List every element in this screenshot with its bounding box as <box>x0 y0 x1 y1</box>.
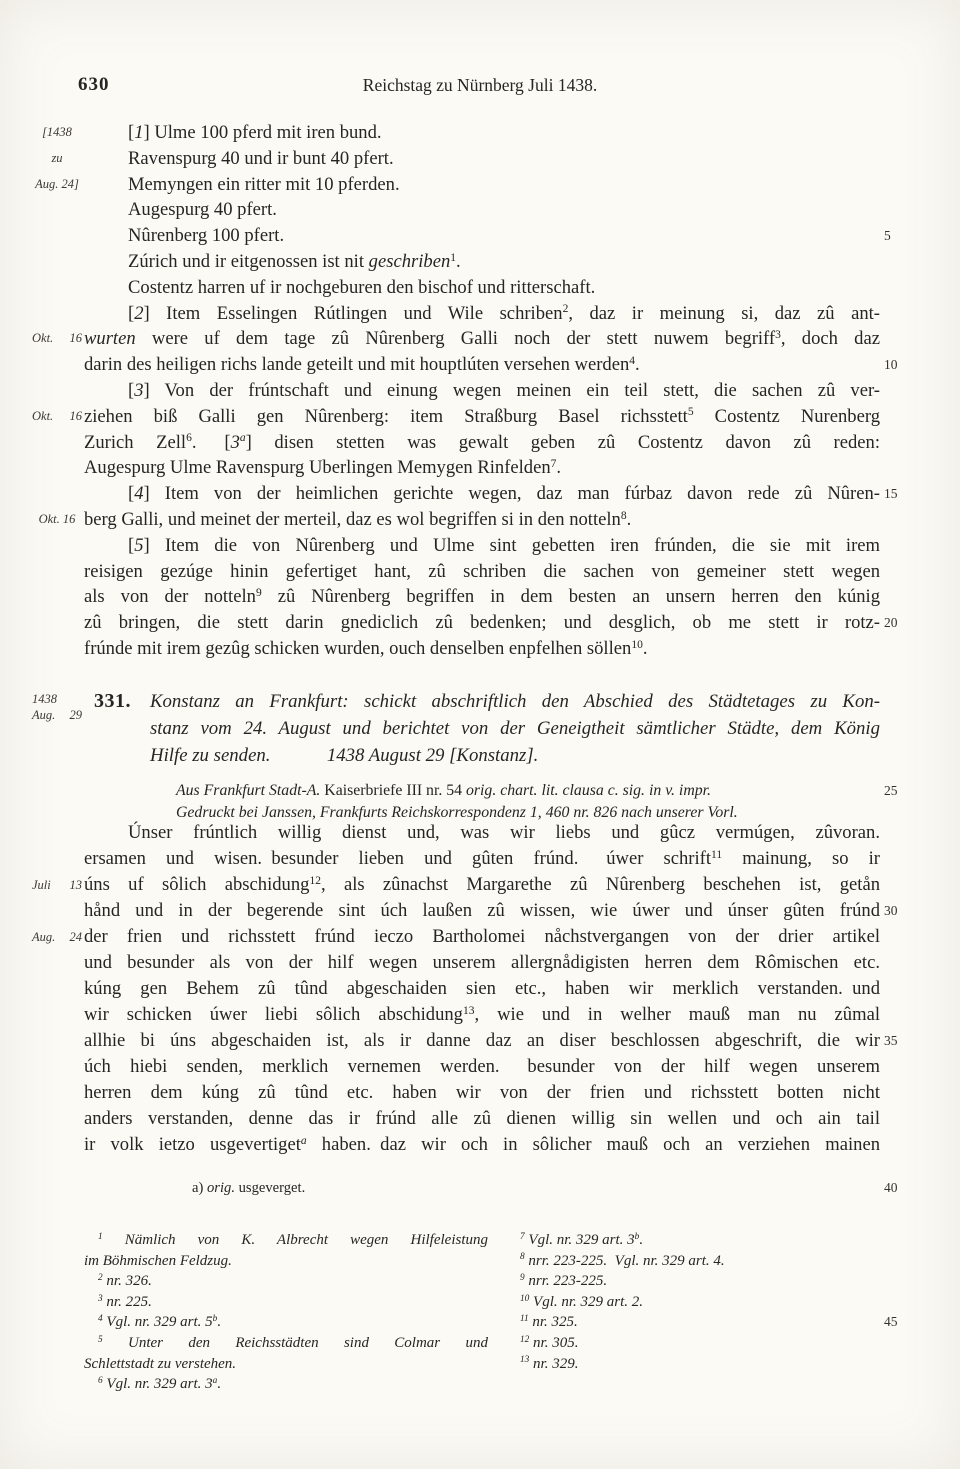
text-segment: Gedruckt bei Janssen, Frankfurts Reichsk… <box>176 804 738 821</box>
text-segment: . <box>456 251 461 272</box>
text-segment: , als zûnachst Margarethe zû Nûrenberg b… <box>321 874 880 895</box>
text-segment: Augespurg Ulme Ravenspurg Uberlingen Mem… <box>84 457 551 478</box>
entry-330-city-list-and-articles: [1438zuAug. 24][1] Ulme 100 pferd mit ir… <box>84 120 880 662</box>
text-segment: orig. <box>207 1180 235 1196</box>
footnote-ref: 5 <box>98 1335 103 1345</box>
footnote-ref: a <box>240 432 246 444</box>
line-number: 25 <box>884 780 916 802</box>
text-line: Ravenspurg 40 und ir bunt 40 pfert. <box>84 146 880 172</box>
text-segment: . <box>635 354 640 375</box>
footnote-ref: 5 <box>688 406 694 418</box>
margin-date-note: [1438zuAug. 24] <box>32 120 82 197</box>
footnote-ref: 4 <box>629 355 635 367</box>
text-segment: darin des heiligen richs lande geteilt u… <box>84 354 629 375</box>
text-segment: nr. 326. <box>103 1273 152 1289</box>
footnote-ref: 12 <box>309 875 321 887</box>
text-line: Okt. 16wurten were uf dem tage zû Nûrenb… <box>84 326 880 352</box>
text-line: herren dem kúng zû tûnd etc. haben wir v… <box>84 1080 880 1106</box>
text-segment: ] Item die von Nûrenberg und Ulme sint g… <box>144 535 881 556</box>
text-segment: anders verstanden, denne das ir frúnd al… <box>84 1108 880 1129</box>
letter-body: Únser frúntlich willig dienst und, was w… <box>84 820 880 1158</box>
text-segment: ersamen und wisen. besunder lieben und g… <box>84 848 711 869</box>
footnote-ref: 6 <box>186 432 192 444</box>
text-segment: Nûrenberg 100 pfert. <box>128 225 284 246</box>
footnote-ref: 2 <box>98 1273 103 1283</box>
text-line: kúng gen Behem zû tûnd abgeschaiden sien… <box>84 976 880 1002</box>
text-line: 8 nrr. 223-225. Vgl. nr. 329 art. 4. <box>506 1251 880 1272</box>
text-line: darin des heiligen richs lande geteilt u… <box>84 352 880 378</box>
footnote-ref: 9 <box>520 1273 525 1283</box>
text-line: wir schicken úwer liebi sôlich abschidun… <box>84 1002 880 1028</box>
text-segment: ] Von der frúntschaft und einung wegen m… <box>144 380 881 401</box>
footnote-ref: 3 <box>98 1294 103 1304</box>
line-number: 20 <box>884 610 916 636</box>
text-segment: haben. daz wir och in sôlicher mauß och … <box>307 1134 880 1155</box>
text-segment: , doch daz <box>781 328 880 349</box>
text-segment: . <box>556 457 561 478</box>
text-segment: Zurich Zell <box>84 432 186 453</box>
footnote-ref: 11 <box>711 849 722 861</box>
text-segment: berg Galli, und meinet der merteil, daz … <box>84 509 621 530</box>
text-segment: allhie bi úns abgeschaiden ist, als ir d… <box>84 1030 880 1051</box>
text-line: anders verstanden, denne das ir frúnd al… <box>84 1106 880 1132</box>
text-segment: Vgl. nr. 329 art. 5 <box>103 1314 213 1330</box>
scanned-book-page: 630 Reichstag zu Nürnberg Juli 1438. [14… <box>0 0 960 1469</box>
footnote-ref: 8 <box>520 1252 525 1262</box>
text-segment: . <box>639 1232 643 1248</box>
text-segment: Zúrich und ir eitgenossen ist nit <box>128 251 369 272</box>
text-segment: Vgl. nr. 329 art. 3 <box>525 1232 635 1248</box>
footnote-ref: 9 <box>256 587 262 599</box>
text-line: Memyngen ein ritter mit 10 pferden. <box>84 172 880 198</box>
text-line: Augespurg Ulme Ravenspurg Uberlingen Mem… <box>84 455 880 481</box>
text-segment: Aus Frankfurt Stadt-A. <box>176 782 320 799</box>
text-segment: . <box>217 1376 221 1392</box>
footnote-ref: 6 <box>98 1376 103 1386</box>
footnote-ref: 13 <box>520 1355 529 1365</box>
variant-apparatus-note: a) orig. usgeverget.40 <box>84 1178 880 1198</box>
line-number: 5 <box>884 223 916 249</box>
text-segment: , daz ir meinung si, daz zû ant- <box>568 303 880 324</box>
text-segment: úch hiebi senden, merklich vernemen werd… <box>84 1056 880 1077</box>
text-segment: 1438 August 29 [Konstanz]. <box>327 745 539 766</box>
text-line: 3 nr. 225. <box>84 1292 488 1313</box>
text-segment: kúng gen Behem zû tûnd abgeschaiden sien… <box>84 978 880 999</box>
footnote-ref: 10 <box>520 1294 529 1304</box>
text-line: 11 nr. 325.45 <box>506 1312 880 1333</box>
text-segment: und besunder als von der hilf wegen unse… <box>84 952 880 973</box>
margin-date-note: 1438Aug. 29 <box>32 691 82 723</box>
text-line: Hilfe zu senden. 1438 August 29 [Konstan… <box>84 742 880 769</box>
text-line: Augespurg 40 pfert. <box>84 197 880 223</box>
text-line: Zúrich und ir eitgenossen ist nit geschr… <box>84 249 880 275</box>
text-line: Nûrenberg 100 pfert.5 <box>84 223 880 249</box>
text-segment: Schlettstadt zu verstehen. <box>84 1356 236 1372</box>
text-segment: als von der notteln <box>84 586 256 607</box>
text-line: Aug. 24der frien und richsstett frúnd ie… <box>84 924 880 950</box>
text-line: und besunder als von der hilf wegen unse… <box>84 950 880 976</box>
text-line: reisigen gezúge hinin gefertiget hant, z… <box>84 559 880 585</box>
text-segment: Nämlich von K. Albrecht wegen Hilfeleist… <box>103 1232 488 1248</box>
footnote-ref: 2 <box>563 303 569 315</box>
text-segment: , wie und in welher mauß man nu zûmal <box>475 1004 881 1025</box>
text-segment: geschriben <box>369 251 451 272</box>
text-segment: úns uf sôlich abschidung <box>84 874 309 895</box>
text-segment: . <box>627 509 632 530</box>
entry-number: 331. <box>94 688 131 715</box>
text-line: als von der notteln9 zû Nûrenberg begrif… <box>84 584 880 610</box>
text-line: [4] Item von der heimlichen gerichte weg… <box>84 481 880 507</box>
text-segment: Costentz Nurenberg <box>694 406 880 427</box>
text-segment: orig. chart. lit. clausa c. sig. in v. i… <box>466 782 711 799</box>
line-number: 40 <box>884 1178 916 1198</box>
text-line: im Böhmischen Feldzug. <box>84 1251 488 1272</box>
text-line: Aus Frankfurt Stadt-A. Kaiserbriefe III … <box>84 780 880 802</box>
text-segment: reisigen gezúge hinin gefertiget hant, z… <box>84 561 880 582</box>
text-line: zû bringen, die stett darin gnediclich z… <box>84 610 880 636</box>
text-line: allhie bi úns abgeschaiden ist, als ir d… <box>84 1028 880 1054</box>
footnote-ref: 1 <box>450 252 456 264</box>
footnote-ref: b <box>213 1314 218 1324</box>
footnote-ref: a <box>301 1135 307 1147</box>
text-segment: hånd und in der begerende sint úch lauße… <box>84 900 880 921</box>
text-segment: nrr. 223-225. Vgl. nr. 329 art. 4. <box>525 1253 725 1269</box>
footnotes: 1 Nämlich von K. Albrecht wegen Hilfelei… <box>84 1230 880 1395</box>
text-segment: Konstanz an Frankfurt: schickt abschrift… <box>150 691 880 712</box>
footnotes-right-column: 7 Vgl. nr. 329 art. 3b.8 nrr. 223-225. V… <box>506 1230 880 1395</box>
text-segment: Augespurg 40 pfert. <box>128 199 277 220</box>
text-line: 10 Vgl. nr. 329 art. 2. <box>506 1292 880 1313</box>
text-segment: Unter den Reichsstädten sind Colmar und <box>103 1335 488 1351</box>
text-segment: usgeverget. <box>235 1180 305 1196</box>
text-segment: der frien und richsstett frúnd ieczo Bar… <box>84 926 880 947</box>
text-line: [3] Von der frúntschaft und einung wegen… <box>84 378 880 404</box>
text-line: [5] Item die von Nûrenberg und Ulme sint… <box>84 533 880 559</box>
text-segment: stanz vom 24. August und berichtet von d… <box>150 718 880 739</box>
text-line: [2] Item Esselingen Rútlingen und Wile s… <box>84 301 880 327</box>
text-segment: ziehen biß Galli gen Nûrenberg: item Str… <box>84 406 688 427</box>
text-segment: nr. 329. <box>529 1356 578 1372</box>
footnote-ref: 10 <box>631 639 643 651</box>
text-segment: mainung, so ir <box>722 848 880 869</box>
text-segment: . <box>643 638 648 659</box>
margin-date-note: Aug. 24 <box>32 924 82 950</box>
text-line: 1 Nämlich von K. Albrecht wegen Hilfelei… <box>84 1230 488 1251</box>
line-number: 45 <box>884 1312 916 1333</box>
footnote-ref: 11 <box>520 1314 529 1324</box>
line-number: 30 <box>884 898 916 924</box>
text-segment: Hilfe zu senden. <box>150 745 327 766</box>
text-segment: Ravenspurg 40 und ir bunt 40 pfert. <box>128 148 394 169</box>
text-segment: Únser frúntlich willig dienst und, was w… <box>128 822 880 843</box>
footnote-ref: a <box>213 1376 218 1386</box>
footnote-ref: b <box>635 1232 640 1242</box>
text-segment: nr. 305. <box>529 1335 578 1351</box>
text-line: úch hiebi senden, merklich vernemen werd… <box>84 1054 880 1080</box>
margin-date-note: Okt. 16 <box>32 507 82 533</box>
running-title: Reichstag zu Nürnberg Juli 1438. <box>0 75 960 96</box>
line-number: 15 <box>884 481 916 507</box>
text-segment: 2 <box>134 303 143 324</box>
text-line: ersamen und wisen. besunder lieben und g… <box>84 846 880 872</box>
footnote-ref: 1 <box>98 1232 103 1242</box>
text-line: Juli 13úns uf sôlich abschidung12, als z… <box>84 872 880 898</box>
text-line: Okt. 16berg Galli, und meinet der mertei… <box>84 507 880 533</box>
text-line: 2 nr. 326. <box>84 1271 488 1292</box>
text-segment: ] Ulme 100 pferd mit iren bund. <box>144 122 382 143</box>
footnote-ref: 12 <box>520 1335 529 1345</box>
text-segment: 1 <box>134 122 143 143</box>
text-segment: Memyngen ein ritter mit 10 pferden. <box>128 174 400 195</box>
footnote-ref: 13 <box>463 1005 475 1017</box>
text-segment: ] Item Esselingen Rútlingen und Wile sch… <box>144 303 563 324</box>
text-segment: im Böhmischen Feldzug. <box>84 1253 232 1269</box>
text-line: [1438zuAug. 24][1] Ulme 100 pferd mit ir… <box>84 120 880 146</box>
text-segment: zû Nûrenberg begriffen in dem besten an … <box>262 586 880 607</box>
text-line: Okt. 16ziehen biß Galli gen Nûrenberg: i… <box>84 404 880 430</box>
text-segment: 3 <box>134 380 143 401</box>
text-segment: ir volk ietzo usgevertiget <box>84 1134 301 1155</box>
text-line: Costentz harren uf ir nochgeburen den bi… <box>84 275 880 301</box>
footnote-ref: 4 <box>98 1314 103 1324</box>
text-line: Schlettstadt zu verstehen. <box>84 1354 488 1375</box>
footnote-ref: 7 <box>520 1232 525 1242</box>
text-segment: . <box>217 1314 221 1330</box>
text-segment: wir schicken úwer liebi sôlich abschidun… <box>84 1004 463 1025</box>
text-segment: Kaiserbriefe III nr. 54 <box>320 782 466 799</box>
margin-date-note: Juli 13 <box>32 872 82 898</box>
text-segment: herren dem kúng zû tûnd etc. haben wir v… <box>84 1082 880 1103</box>
text-line: 7 Vgl. nr. 329 art. 3b. <box>506 1230 880 1251</box>
margin-date-note: Okt. 16 <box>32 326 82 352</box>
page-header: 630 Reichstag zu Nürnberg Juli 1438. <box>0 74 960 100</box>
text-segment: 3 <box>231 432 240 453</box>
text-segment: were uf dem tage zû Nûrenberg Galli noch… <box>136 328 775 349</box>
text-line: ir volk ietzo usgevertigeta haben. daz w… <box>84 1132 880 1158</box>
text-line: hånd und in der begerende sint úch lauße… <box>84 898 880 924</box>
text-line: 6 Vgl. nr. 329 art. 3a. <box>84 1374 488 1395</box>
text-segment: nr. 225. <box>103 1294 152 1310</box>
text-segment: . [ <box>192 432 231 453</box>
footnote-ref: 7 <box>551 458 557 470</box>
footnote-ref: 8 <box>621 510 627 522</box>
text-line: 12 nr. 305. <box>506 1333 880 1354</box>
text-segment: 5 <box>134 535 143 556</box>
text-segment: a) <box>192 1180 207 1196</box>
text-segment: Costentz harren uf ir nochgeburen den bi… <box>128 277 595 298</box>
text-segment: nr. 325. <box>529 1314 578 1330</box>
text-segment: wurten <box>84 328 136 349</box>
line-number: 10 <box>884 352 916 378</box>
text-line: frúnde mit irem gezûg schicken wurden, o… <box>84 636 880 662</box>
text-segment: Vgl. nr. 329 art. 2. <box>529 1294 643 1310</box>
entry-331-heading: 1438Aug. 29331.Konstanz an Frankfurt: sc… <box>84 688 880 769</box>
text-segment: Vgl. nr. 329 art. 3 <box>103 1376 213 1392</box>
text-segment: ] disen stetten was gewalt geben zû Cost… <box>246 432 880 453</box>
line-number: 35 <box>884 1028 916 1054</box>
text-segment: zû bringen, die stett darin gnediclich z… <box>84 612 880 633</box>
text-line: 4 Vgl. nr. 329 art. 5b. <box>84 1312 488 1333</box>
text-line: Únser frúntlich willig dienst und, was w… <box>84 820 880 846</box>
footnotes-left-column: 1 Nämlich von K. Albrecht wegen Hilfelei… <box>84 1230 488 1395</box>
text-segment: nrr. 223-225. <box>525 1273 608 1289</box>
text-line: 13 nr. 329. <box>506 1354 880 1375</box>
text-segment: ] Item von der heimlichen gerichte wegen… <box>144 483 881 504</box>
source-note: Aus Frankfurt Stadt-A. Kaiserbriefe III … <box>84 780 880 824</box>
text-line: a) orig. usgeverget.40 <box>84 1178 880 1198</box>
text-line: Zurich Zell6. [3a] disen stetten was gew… <box>84 430 880 456</box>
text-line: 9 nrr. 223-225. <box>506 1271 880 1292</box>
footnote-ref: 3 <box>775 329 781 341</box>
margin-date-note: Okt. 16 <box>32 404 82 430</box>
text-segment: frúnde mit irem gezûg schicken wurden, o… <box>84 638 631 659</box>
text-line: stanz vom 24. August und berichtet von d… <box>84 715 880 742</box>
text-line: 1438Aug. 29331.Konstanz an Frankfurt: sc… <box>84 688 880 715</box>
text-segment: 4 <box>134 483 143 504</box>
text-line: 5 Unter den Reichsstädten sind Colmar un… <box>84 1333 488 1354</box>
